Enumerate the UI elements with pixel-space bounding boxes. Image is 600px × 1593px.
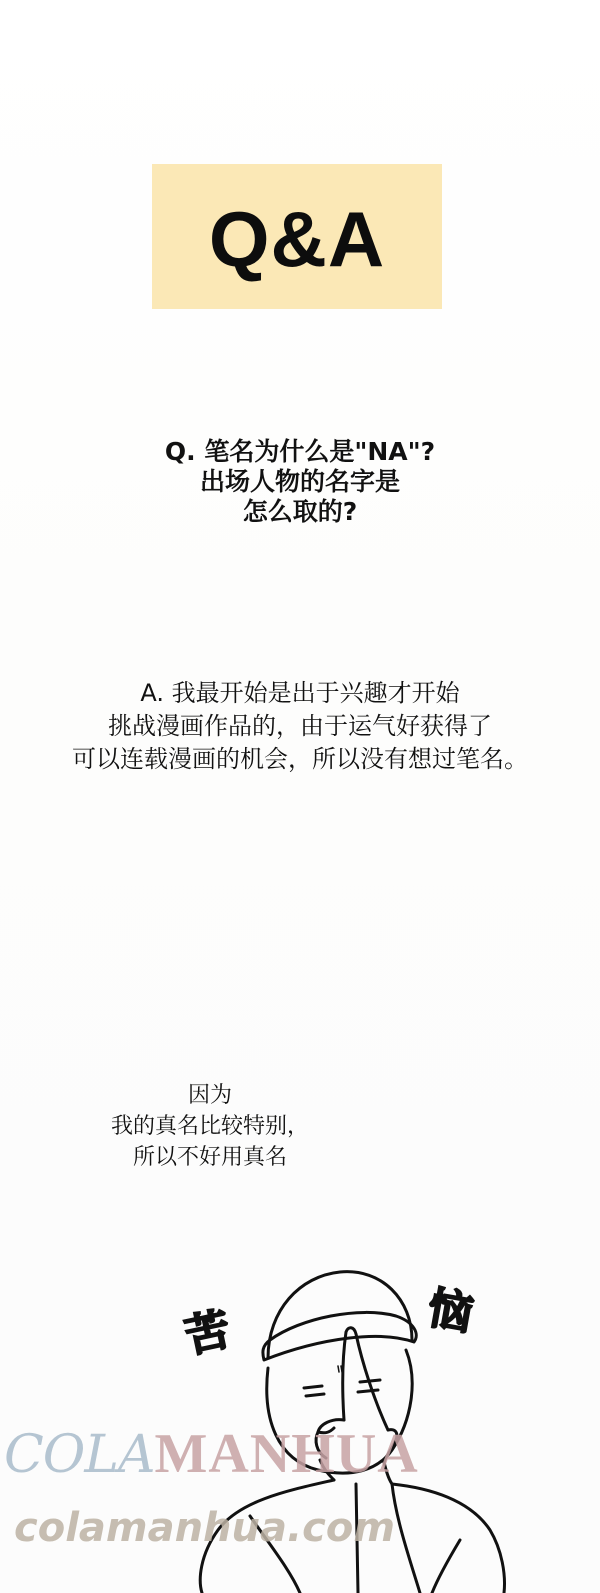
aside-line: 我的真名比较特别， — [60, 1111, 360, 1142]
sfx-text-left: 苦 — [182, 1308, 234, 1360]
watermark-cola: COLA — [4, 1425, 155, 1485]
qa-header-box: Q&A — [152, 164, 442, 309]
answer-text: A. 我最开始是出于兴趣才开始 挑战漫画作品的，由于运气好获得了 可以连载漫画的… — [0, 677, 600, 776]
answer-line: 挑战漫画作品的，由于运气好获得了 — [0, 710, 600, 743]
answer-line: 可以连载漫画的机会，所以没有想过笔名。 — [0, 743, 600, 776]
aside-line: 所以不好用真名 — [60, 1142, 360, 1173]
sfx-text-right: 恼 — [425, 1287, 476, 1338]
watermark-site: colamanhua.com — [14, 1508, 395, 1548]
aside-line: 因为 — [60, 1080, 360, 1111]
question-line: 怎么取的? — [0, 497, 600, 527]
shoulder-right-icon — [392, 1484, 504, 1593]
question-line: Q. 笔名为什么是"NA"? — [0, 437, 600, 467]
question-line: 出场人物的名字是 — [0, 467, 600, 497]
watermark-manhua: MANHUA — [155, 1423, 419, 1485]
qa-title: Q&A — [209, 200, 385, 278]
finger-icon — [343, 1328, 388, 1430]
aside-text: 因为 我的真名比较特别， 所以不好用真名 — [60, 1080, 360, 1173]
answer-line: A. 我最开始是出于兴趣才开始 — [0, 677, 600, 710]
cap-brim-icon — [263, 1312, 416, 1360]
watermark-logo: COLAMANHUA — [4, 1426, 419, 1482]
question-text: Q. 笔名为什么是"NA"? 出场人物的名字是 怎么取的? — [0, 437, 600, 527]
